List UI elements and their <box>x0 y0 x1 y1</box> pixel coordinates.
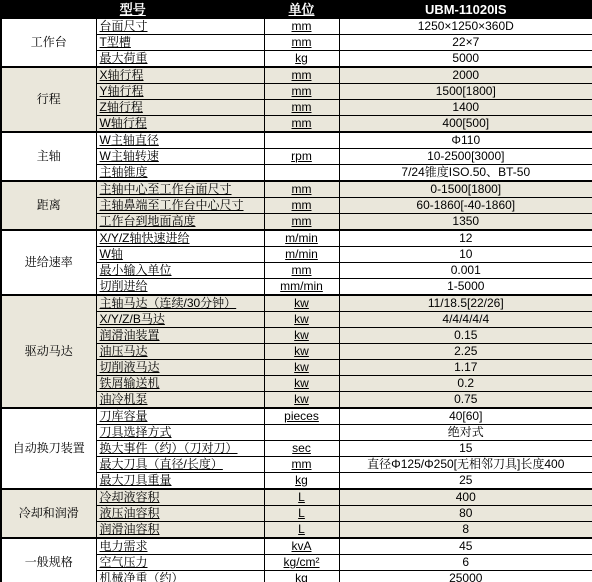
item-cell: 油冷机泵 <box>96 392 264 409</box>
category-cell: 冷却和润滑 <box>1 489 96 538</box>
model-column-label: 型号 <box>120 2 146 17</box>
unit-cell: kw <box>264 360 339 376</box>
category-cell: 主轴 <box>1 132 96 181</box>
value-cell: 0-1500[1800] <box>339 181 592 198</box>
value-cell: 60-1860[-40-1860] <box>339 198 592 214</box>
value-cell: 6 <box>339 555 592 571</box>
table-row: 行程X轴行程mm2000 <box>1 67 592 84</box>
unit-cell: kw <box>264 328 339 344</box>
value-cell: 10-2500[3000] <box>339 149 592 165</box>
value-cell: 400[500] <box>339 116 592 133</box>
item-cell: 刀库容量 <box>96 408 264 425</box>
unit-cell: mm <box>264 116 339 133</box>
item-cell: 机械净重（约） <box>96 571 264 582</box>
unit-cell: kw <box>264 295 339 312</box>
category-cell: 工作台 <box>1 18 96 67</box>
unit-cell: L <box>264 489 339 506</box>
unit-cell: kw <box>264 392 339 409</box>
value-cell: 5000 <box>339 51 592 68</box>
unit-cell: mm <box>264 181 339 198</box>
item-cell: 最大刀具（直径/长度） <box>96 457 264 473</box>
table-row: 进给速率X/Y/Z轴快速进给m/min12 <box>1 230 592 247</box>
item-cell: 换大事件（约）（刀对刀） <box>96 441 264 457</box>
item-cell: 最大荷重 <box>96 51 264 68</box>
item-cell: 刀具选择方式 <box>96 425 264 441</box>
value-cell: 绝对式 <box>339 425 592 441</box>
unit-cell: L <box>264 522 339 539</box>
unit-cell: mm <box>264 214 339 231</box>
unit-cell <box>264 165 339 182</box>
unit-cell: kg <box>264 571 339 582</box>
table-row: 一般规格电力需求kvA45 <box>1 538 592 555</box>
unit-cell: m/min <box>264 247 339 263</box>
unit-cell: kvA <box>264 538 339 555</box>
item-cell: 台面尺寸 <box>96 18 264 35</box>
spec-table-header: 型号 单位 UBM-11020IS <box>1 1 592 18</box>
value-cell: 1500[1800] <box>339 84 592 100</box>
unit-cell: mm/min <box>264 279 339 296</box>
value-cell: 12 <box>339 230 592 247</box>
value-cell: 400 <box>339 489 592 506</box>
value-cell: 2.25 <box>339 344 592 360</box>
value-cell: 2000 <box>339 67 592 84</box>
value-cell: 11/18.5[22/26] <box>339 295 592 312</box>
value-cell: 1400 <box>339 100 592 116</box>
item-cell: 空气压力 <box>96 555 264 571</box>
item-cell: T型槽 <box>96 35 264 51</box>
item-cell: X/Y/Z/B马达 <box>96 312 264 328</box>
unit-column-label: 单位 <box>289 2 315 17</box>
item-cell: X轴行程 <box>96 67 264 84</box>
category-cell: 一般规格 <box>1 538 96 582</box>
item-cell: 铁屑输送机 <box>96 376 264 392</box>
value-cell: 1-5000 <box>339 279 592 296</box>
item-cell: 润滑油容积 <box>96 522 264 539</box>
value-cell: 0.2 <box>339 376 592 392</box>
item-cell: W轴行程 <box>96 116 264 133</box>
item-cell: 冷却液容积 <box>96 489 264 506</box>
category-cell: 进给速率 <box>1 230 96 295</box>
value-cell: 45 <box>339 538 592 555</box>
unit-cell: kg <box>264 51 339 68</box>
value-cell: 40[60] <box>339 408 592 425</box>
item-cell: 切削液马达 <box>96 360 264 376</box>
item-cell: 工作台到地面高度 <box>96 214 264 231</box>
item-cell: W主轴直径 <box>96 132 264 149</box>
unit-cell: pieces <box>264 408 339 425</box>
value-cell: 22×7 <box>339 35 592 51</box>
value-cell: 80 <box>339 506 592 522</box>
item-cell: 切削进给 <box>96 279 264 296</box>
value-cell: 15 <box>339 441 592 457</box>
category-cell: 行程 <box>1 67 96 132</box>
item-cell: 最小输入单位 <box>96 263 264 279</box>
value-cell: 1350 <box>339 214 592 231</box>
unit-cell: mm <box>264 457 339 473</box>
value-cell: 1.17 <box>339 360 592 376</box>
unit-cell: mm <box>264 67 339 84</box>
unit-cell: mm <box>264 198 339 214</box>
item-cell: 液压油容积 <box>96 506 264 522</box>
unit-cell: kg/cm² <box>264 555 339 571</box>
table-row: 自动换刀装置刀库容量pieces40[60] <box>1 408 592 425</box>
value-cell: 4/4/4/4/4 <box>339 312 592 328</box>
item-cell: W主轴转速 <box>96 149 264 165</box>
table-row: 距离主轴中心至工作台面尺寸mm0-1500[1800] <box>1 181 592 198</box>
item-cell: 主轴锥度 <box>96 165 264 182</box>
spec-table-body: 工作台台面尺寸mm1250×1250×360DT型槽mm22×7最大荷重kg50… <box>1 18 592 582</box>
spec-sheet: 型号 单位 UBM-11020IS 工作台台面尺寸mm1250×1250×360… <box>0 0 592 582</box>
unit-cell: mm <box>264 18 339 35</box>
unit-cell: rpm <box>264 149 339 165</box>
item-cell: 润滑油装置 <box>96 328 264 344</box>
unit-cell <box>264 425 339 441</box>
unit-cell: L <box>264 506 339 522</box>
item-cell: 主轴中心至工作台面尺寸 <box>96 181 264 198</box>
value-cell: 10 <box>339 247 592 263</box>
header-row: 型号 单位 UBM-11020IS <box>1 1 592 18</box>
table-row: 驱动马达主轴马达（连续/30分钟）kw11/18.5[22/26] <box>1 295 592 312</box>
unit-cell: mm <box>264 84 339 100</box>
unit-cell: mm <box>264 263 339 279</box>
item-cell: W轴 <box>96 247 264 263</box>
value-cell: 7/24锥度ISO.50、BT-50 <box>339 165 592 182</box>
unit-cell: m/min <box>264 230 339 247</box>
unit-column-header: 单位 <box>264 1 339 18</box>
item-cell: 主轴鼻端至工作台中心尺寸 <box>96 198 264 214</box>
value-cell: 直径Φ125/Φ250[无相邻刀具]长度400 <box>339 457 592 473</box>
value-cell: Φ110 <box>339 132 592 149</box>
unit-cell: mm <box>264 100 339 116</box>
category-cell: 驱动马达 <box>1 295 96 408</box>
unit-cell: kw <box>264 344 339 360</box>
spec-table: 型号 单位 UBM-11020IS 工作台台面尺寸mm1250×1250×360… <box>0 0 592 582</box>
table-row: 主轴W主轴直径Φ110 <box>1 132 592 149</box>
unit-cell: kw <box>264 376 339 392</box>
unit-cell: sec <box>264 441 339 457</box>
model-column-header: 型号 <box>1 1 264 18</box>
item-cell: Y轴行程 <box>96 84 264 100</box>
item-cell: 油压马达 <box>96 344 264 360</box>
item-cell: 电力需求 <box>96 538 264 555</box>
unit-cell: mm <box>264 35 339 51</box>
value-cell: 0.001 <box>339 263 592 279</box>
unit-cell <box>264 132 339 149</box>
table-row: 冷却和润滑冷却液容积L400 <box>1 489 592 506</box>
value-cell: 1250×1250×360D <box>339 18 592 35</box>
category-cell: 距离 <box>1 181 96 230</box>
item-cell: 最大刀具重量 <box>96 473 264 490</box>
value-cell: 25 <box>339 473 592 490</box>
value-cell: 0.15 <box>339 328 592 344</box>
value-cell: 8 <box>339 522 592 539</box>
value-cell: 0.75 <box>339 392 592 409</box>
item-cell: X/Y/Z轴快速进给 <box>96 230 264 247</box>
item-cell: Z轴行程 <box>96 100 264 116</box>
category-cell: 自动换刀装置 <box>1 408 96 489</box>
unit-cell: kw <box>264 312 339 328</box>
unit-cell: kg <box>264 473 339 490</box>
model-value-header: UBM-11020IS <box>339 1 592 18</box>
value-cell: 25000 <box>339 571 592 582</box>
item-cell: 主轴马达（连续/30分钟） <box>96 295 264 312</box>
table-row: 工作台台面尺寸mm1250×1250×360D <box>1 18 592 35</box>
